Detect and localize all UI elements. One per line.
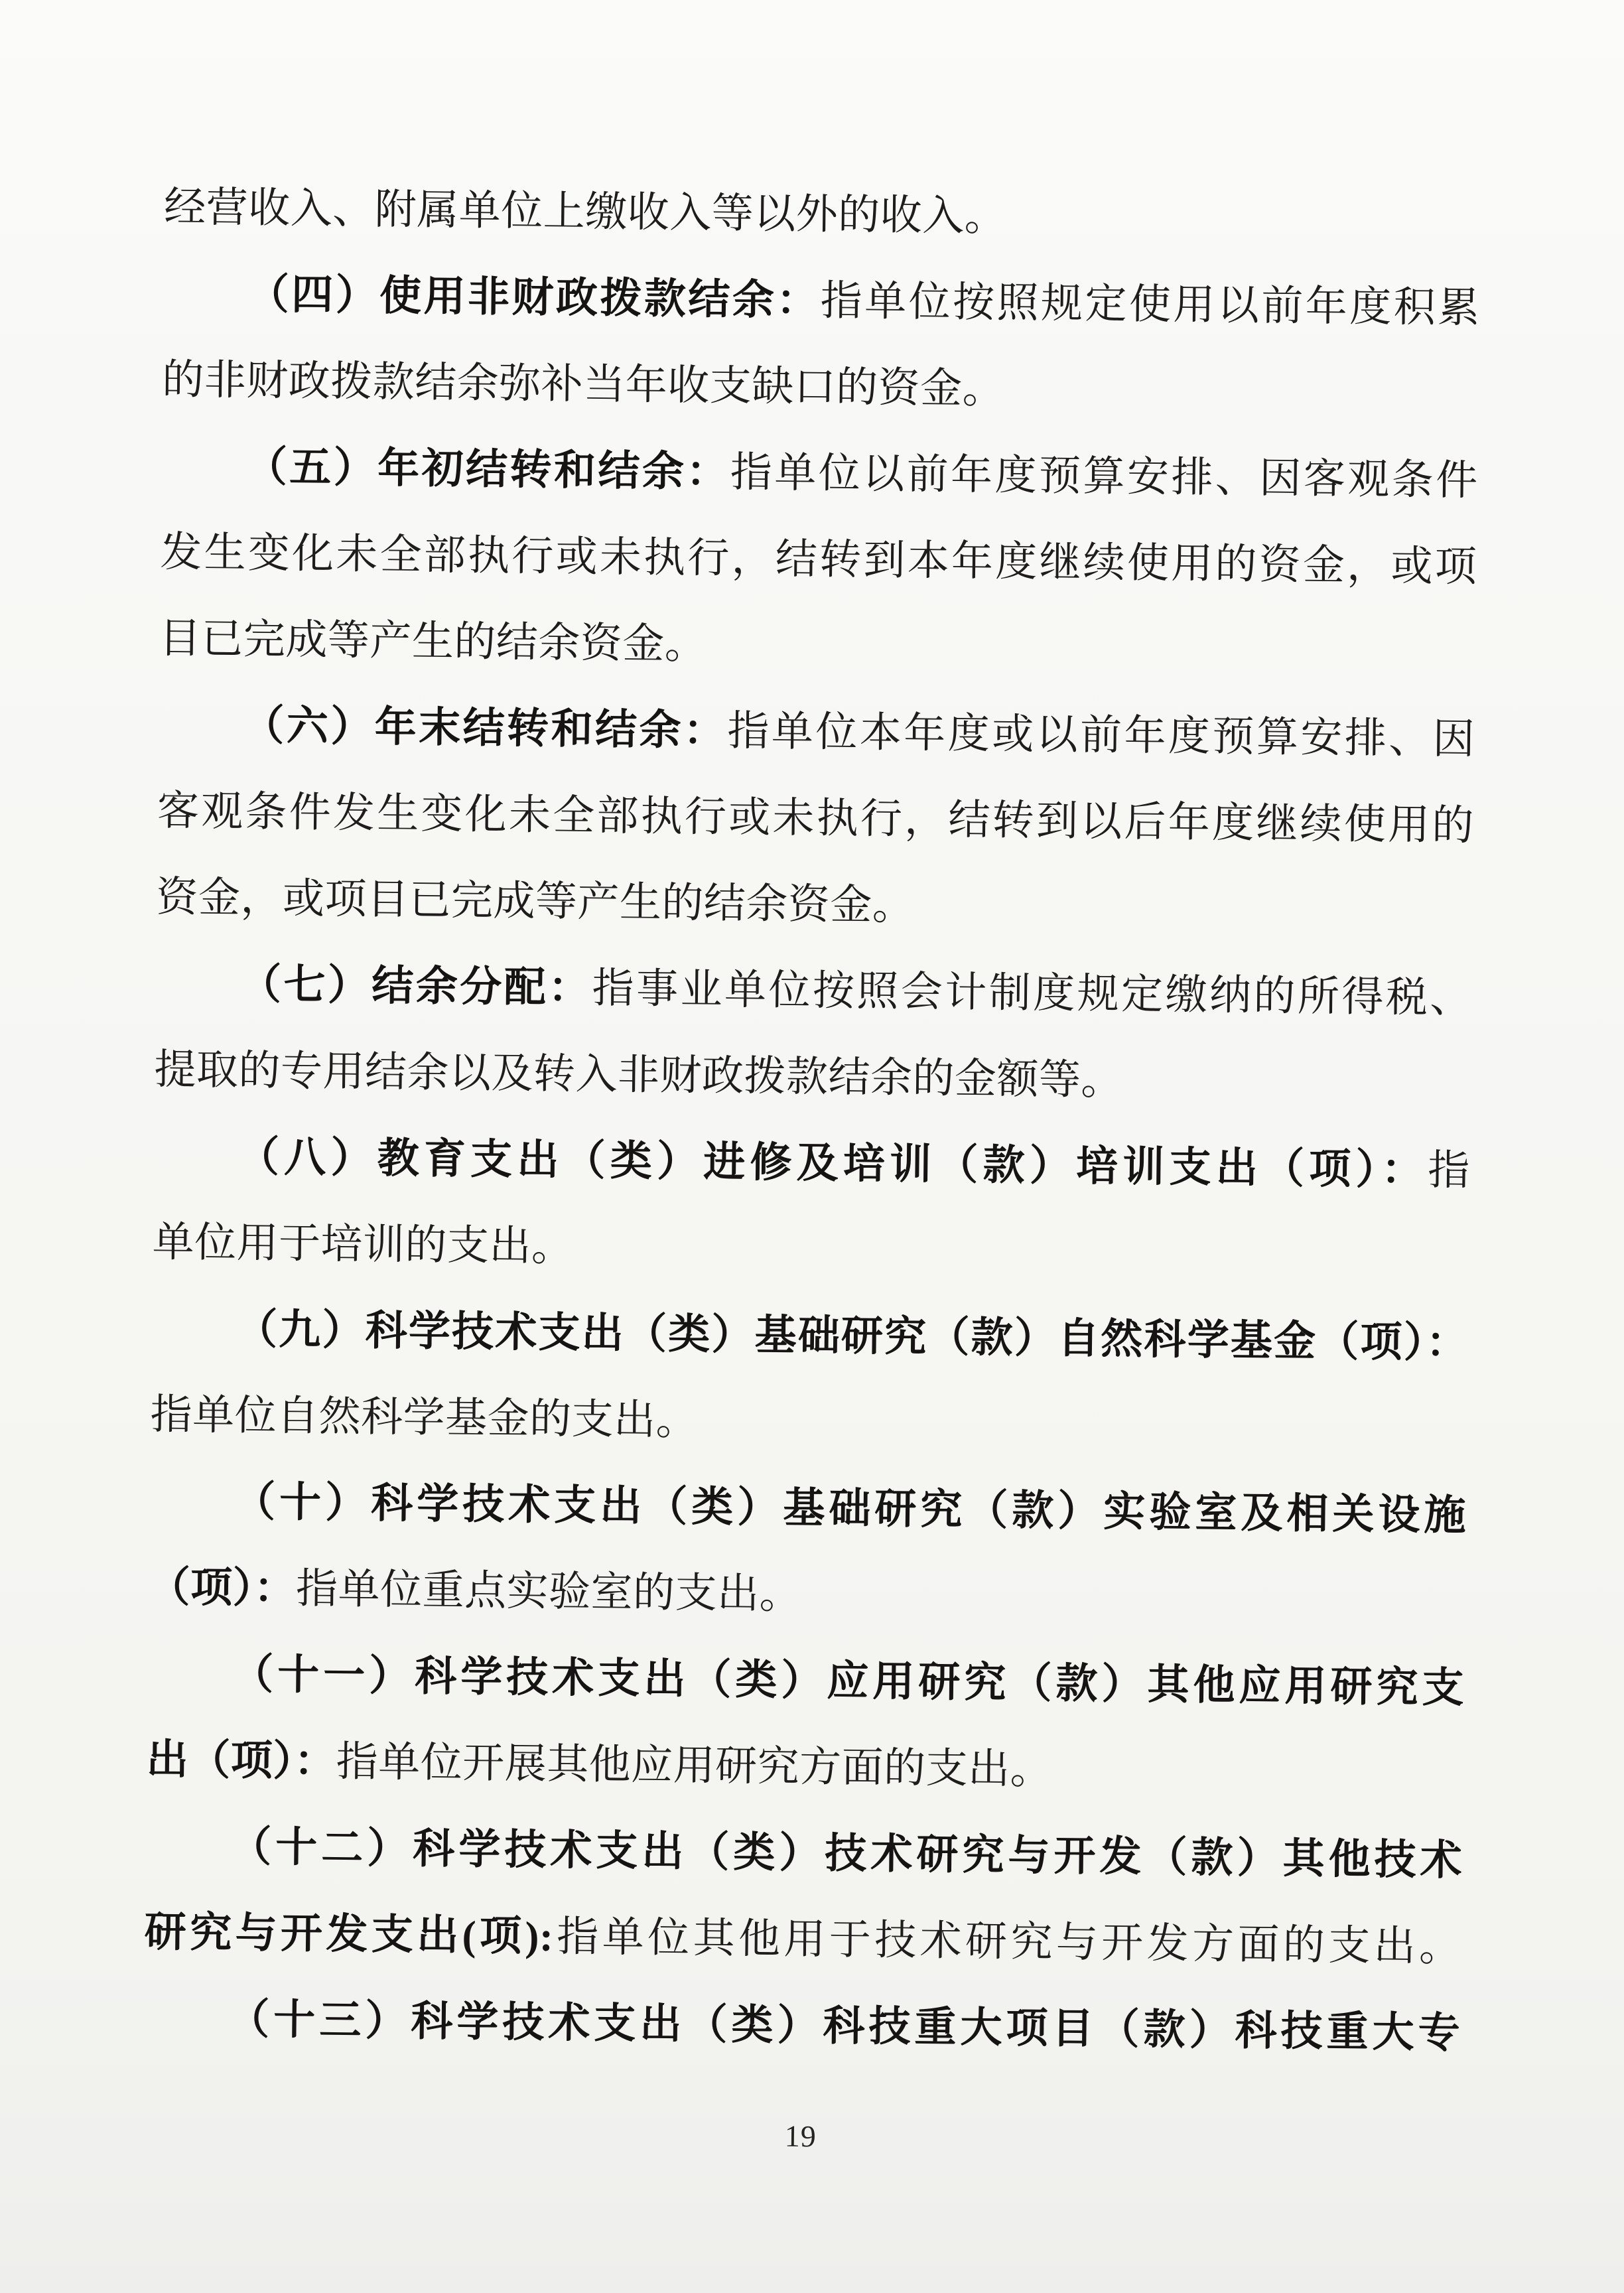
page-number: 19 [142, 2109, 1459, 2164]
text-line: （十二）科学技术支出（类）技术研究与开发（款）其他技术 [145, 1803, 1463, 1904]
text-line: 的非财政拨款结余弥补当年收支缺口的资金。 [162, 336, 1479, 438]
text-line: （十一）科学技术支出（类）应用研究（款）其他应用研究支 [147, 1630, 1464, 1732]
document-text-block: 经营收入、附属单位上缴收入等以外的收入。 （四）使用非财政拨款结余：指单位按照规… [142, 164, 1481, 2164]
text-line: 目已完成等产生的结余资金。 [159, 595, 1476, 697]
text-line: 出（项）：指单位开展其他应用研究方面的支出。 [146, 1716, 1463, 1818]
term-label: （项）： [148, 1564, 296, 1612]
text-line: （项）：指单位重点实验室的支出。 [148, 1544, 1465, 1645]
line-text: 指单位按照规定使用以前年度积累 [820, 277, 1480, 331]
text-line: （五）年初结转和结余：指单位以前年度预算安排、因客观条件 [161, 423, 1478, 524]
line-text: 指单位其他用于技术研究与开发方面的支出。 [553, 1913, 1461, 1971]
term-label: （七）结余分配： [239, 961, 592, 1011]
text-line: 提取的专用结余以及转入非财政拨款结余的金额等。 [154, 1026, 1471, 1128]
term-label: （九）科学技术支出（类）基础研究（款）自然科学基金（项）： [236, 1306, 1469, 1366]
line-text: 提取的专用结余以及转入非财政拨款结余的金额等。 [154, 1046, 1123, 1104]
line-text: 指单位以前年度预算安排、因客观条件 [730, 449, 1478, 504]
line-text: 发生变化未全部执行或未执行，结转到本年度继续使用的资金，或项 [160, 529, 1477, 591]
term-label: （六）年末结转和结余： [242, 702, 728, 754]
text-line: （四）使用非财政拨款结余：指单位按照规定使用以前年度积累 [163, 250, 1480, 352]
text-line: 资金，或项目已完成等产生的结余资金。 [156, 854, 1473, 955]
text-line: 经营收入、附属单位上缴收入等以外的收入。 [164, 164, 1481, 265]
text-line: 发生变化未全部执行或未执行，结转到本年度继续使用的资金，或项 [160, 509, 1477, 610]
text-line: （十）科学技术支出（类）基础研究（款）实验室及相关设施 [149, 1458, 1466, 1559]
line-text: 指事业单位按照会计制度规定缴纳的所得税、 [592, 965, 1472, 1021]
scanned-document-page: 经营收入、附属单位上缴收入等以外的收入。 （四）使用非财政拨款结余：指单位按照规… [0, 0, 1624, 2293]
line-text: 指单位重点实验室的支出。 [296, 1565, 802, 1618]
line-text: 单位用于培训的支出。 [152, 1219, 574, 1270]
line-text: 客观条件发生变化未全部执行或未执行，结转到以后年度继续使用的 [157, 788, 1475, 849]
term-label: 研究与开发支出(项): [144, 1909, 553, 1960]
text-line: 指单位自然科学基金的支出。 [150, 1371, 1467, 1473]
term-label: （十二）科学技术支出（类）技术研究与开发（款）其他技术 [230, 1823, 1463, 1884]
line-text: 指单位自然科学基金的支出。 [150, 1391, 698, 1444]
line-text: 的非财政拨款结余弥补当年收支缺口的资金。 [162, 356, 1005, 412]
term-label: （十一）科学技术支出（类）应用研究（款）其他应用研究支 [232, 1651, 1465, 1711]
term-label: （八）教育支出（类）进修及培训（款）培训支出（项）： [237, 1133, 1428, 1193]
text-line: 单位用于培训的支出。 [152, 1199, 1469, 1300]
text-line: （十三）科学技术支出（类）科技重大项目（款）科技重大专 [143, 1975, 1461, 2077]
term-label: （五）年初结转和结余： [245, 443, 730, 495]
text-line: （九）科学技术支出（类）基础研究（款）自然科学基金（项）： [151, 1285, 1468, 1387]
term-label: （十三）科学技术支出（类）科技重大项目（款）科技重大专 [228, 1996, 1461, 2056]
text-line: 研究与开发支出(项):指单位其他用于技术研究与开发方面的支出。 [144, 1889, 1461, 1990]
term-label: （十）科学技术支出（类）基础研究（款）实验室及相关设施 [234, 1478, 1467, 1539]
line-text: 资金，或项目已完成等产生的结余资金。 [156, 874, 915, 929]
term-label: （四）使用非财政拨款结余： [247, 271, 821, 324]
line-text: 经营收入、附属单位上缴收入等以外的收入。 [164, 184, 1007, 240]
line-text: 目已完成等产生的结余资金。 [159, 615, 707, 667]
text-line: （八）教育支出（类）进修及培训（款）培训支出（项）：指 [153, 1113, 1470, 1214]
line-text: 指 [1428, 1147, 1470, 1194]
text-line: 客观条件发生变化未全部执行或未执行，结转到以后年度继续使用的 [157, 768, 1474, 869]
line-text: 指单位本年度或以前年度预算安排、因 [727, 708, 1475, 763]
text-line: （六）年末结转和结余：指单位本年度或以前年度预算安排、因 [158, 681, 1475, 783]
term-label: 出（项）： [146, 1736, 336, 1785]
text-line: （七）结余分配：指事业单位按照会计制度规定缴纳的所得税、 [155, 940, 1472, 1042]
line-text: 指单位开展其他应用研究方面的支出。 [336, 1738, 1052, 1793]
